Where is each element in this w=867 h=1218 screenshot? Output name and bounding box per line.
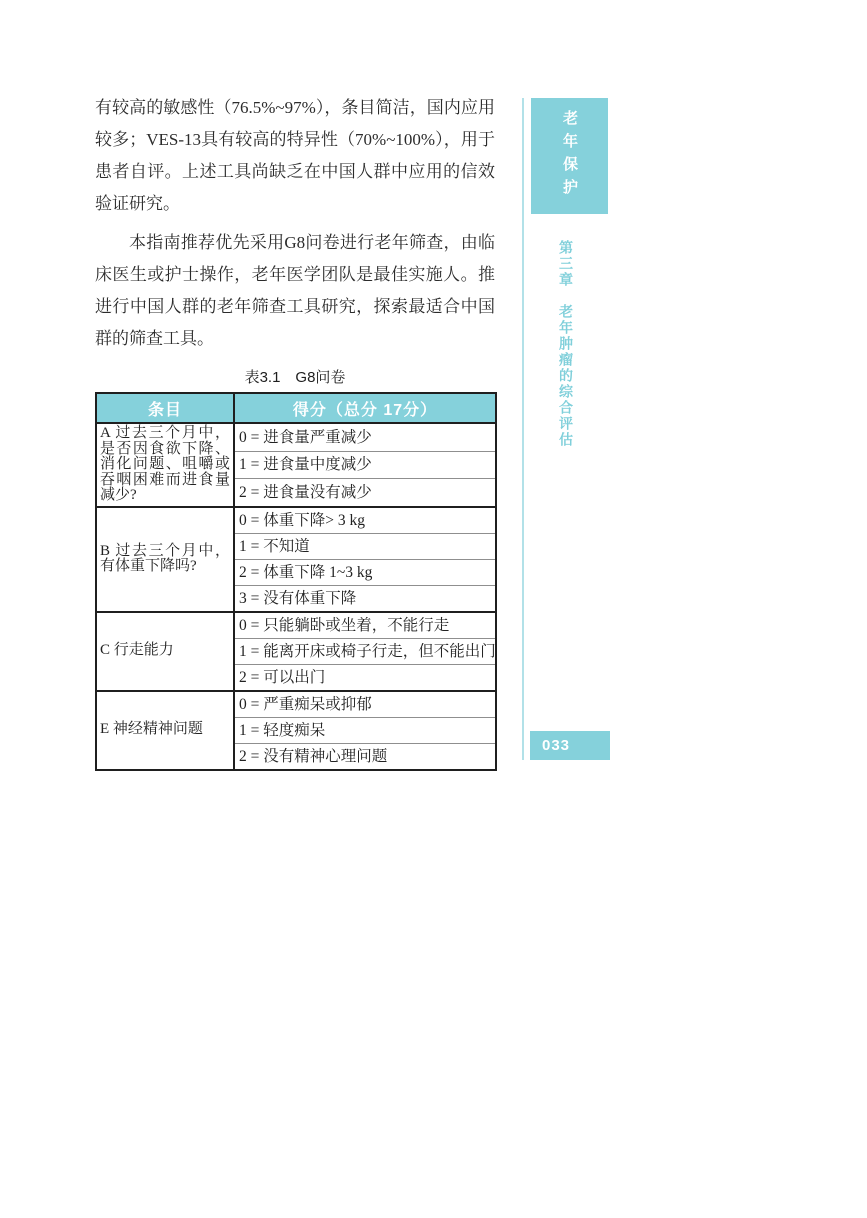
sidebar-divider-line	[522, 98, 524, 760]
score-cell: 0 = 体重下降> 3 kg	[234, 507, 496, 534]
paragraph-line: 验证研究。	[95, 188, 495, 220]
paragraph-line: 有较高的敏感性（76.5%~97%），条目简洁，国内应用	[95, 92, 495, 124]
table-row: C 行走能力0 = 只能躺卧或坐着，不能行走	[96, 612, 496, 639]
body-text: 有较高的敏感性（76.5%~97%），条目简洁，国内应用较多；VES-13具有较…	[95, 92, 495, 355]
sidebar-section-label: 老年保护	[559, 110, 580, 202]
paragraph-line: 群的筛查工具。	[95, 323, 495, 355]
score-cell: 2 = 进食量没有减少	[234, 478, 496, 506]
item-cell: C 行走能力	[96, 612, 234, 691]
score-cell: 1 = 进食量中度减少	[234, 451, 496, 478]
page-number-badge: 033	[530, 731, 610, 760]
score-cell: 0 = 进食量严重减少	[234, 423, 496, 451]
g8-questionnaire-table: 条目 得分（总分 17分） A 过去三个月中，是否因食欲下降、消化问题、咀嚼或吞…	[95, 392, 497, 771]
page-number: 033	[542, 737, 570, 754]
paragraph: 有较高的敏感性（76.5%~97%），条目简洁，国内应用较多；VES-13具有较…	[95, 92, 495, 220]
chapter-number: 第三章	[558, 240, 574, 288]
score-cell: 2 = 可以出门	[234, 664, 496, 691]
book-page: 有较高的敏感性（76.5%~97%），条目简洁，国内应用较多；VES-13具有较…	[0, 0, 867, 1218]
paragraph-line: 较多；VES-13具有较高的特异性（70%~100%），用于	[95, 124, 495, 156]
item-cell: A 过去三个月中，是否因食欲下降、消化问题、咀嚼或吞咽困难而进食量减少?	[96, 423, 234, 507]
chapter-title: 老年肿瘤的综合评估	[558, 304, 574, 448]
table-header-score: 得分（总分 17分）	[234, 393, 496, 423]
score-cell: 1 = 轻度痴呆	[234, 717, 496, 743]
paragraph: 本指南推荐优先采用G8问卷进行老年筛查，由临床医生或护士操作，老年医学团队是最佳…	[95, 227, 495, 355]
score-cell: 2 = 体重下降 1~3 kg	[234, 559, 496, 585]
paragraph-line: 患者自评。上述工具尚缺乏在中国人群中应用的信效度	[95, 156, 495, 188]
item-cell: E 神经精神问题	[96, 691, 234, 770]
sidebar-chapter: 第三章老年肿瘤的综合评估	[558, 240, 574, 540]
score-cell: 3 = 没有体重下降	[234, 585, 496, 612]
score-cell: 2 = 没有精神心理问题	[234, 743, 496, 770]
score-cell: 0 = 严重痴呆或抑郁	[234, 691, 496, 718]
paragraph-line: 进行中国人群的老年筛查工具研究，探索最适合中国人	[95, 291, 495, 323]
table-row: E 神经精神问题0 = 严重痴呆或抑郁	[96, 691, 496, 718]
table-header-item: 条目	[96, 393, 234, 423]
table-title: 表3.1 G8问卷	[95, 366, 495, 387]
item-cell: B 过去三个月中，有体重下降吗?	[96, 507, 234, 612]
paragraph-line: 床医生或护士操作，老年医学团队是最佳实施人。推荐	[95, 259, 495, 291]
paragraph-line: 本指南推荐优先采用G8问卷进行老年筛查，由临	[95, 227, 495, 259]
table-row: A 过去三个月中，是否因食欲下降、消化问题、咀嚼或吞咽困难而进食量减少?0 = …	[96, 423, 496, 451]
score-cell: 0 = 只能躺卧或坐着，不能行走	[234, 612, 496, 639]
table-row: B 过去三个月中，有体重下降吗?0 = 体重下降> 3 kg	[96, 507, 496, 534]
sidebar-section-tab: 老年保护	[531, 98, 608, 214]
table-header-row: 条目 得分（总分 17分）	[96, 393, 496, 423]
score-cell: 1 = 不知道	[234, 533, 496, 559]
score-cell: 1 = 能离开床或椅子行走，但不能出门	[234, 638, 496, 664]
